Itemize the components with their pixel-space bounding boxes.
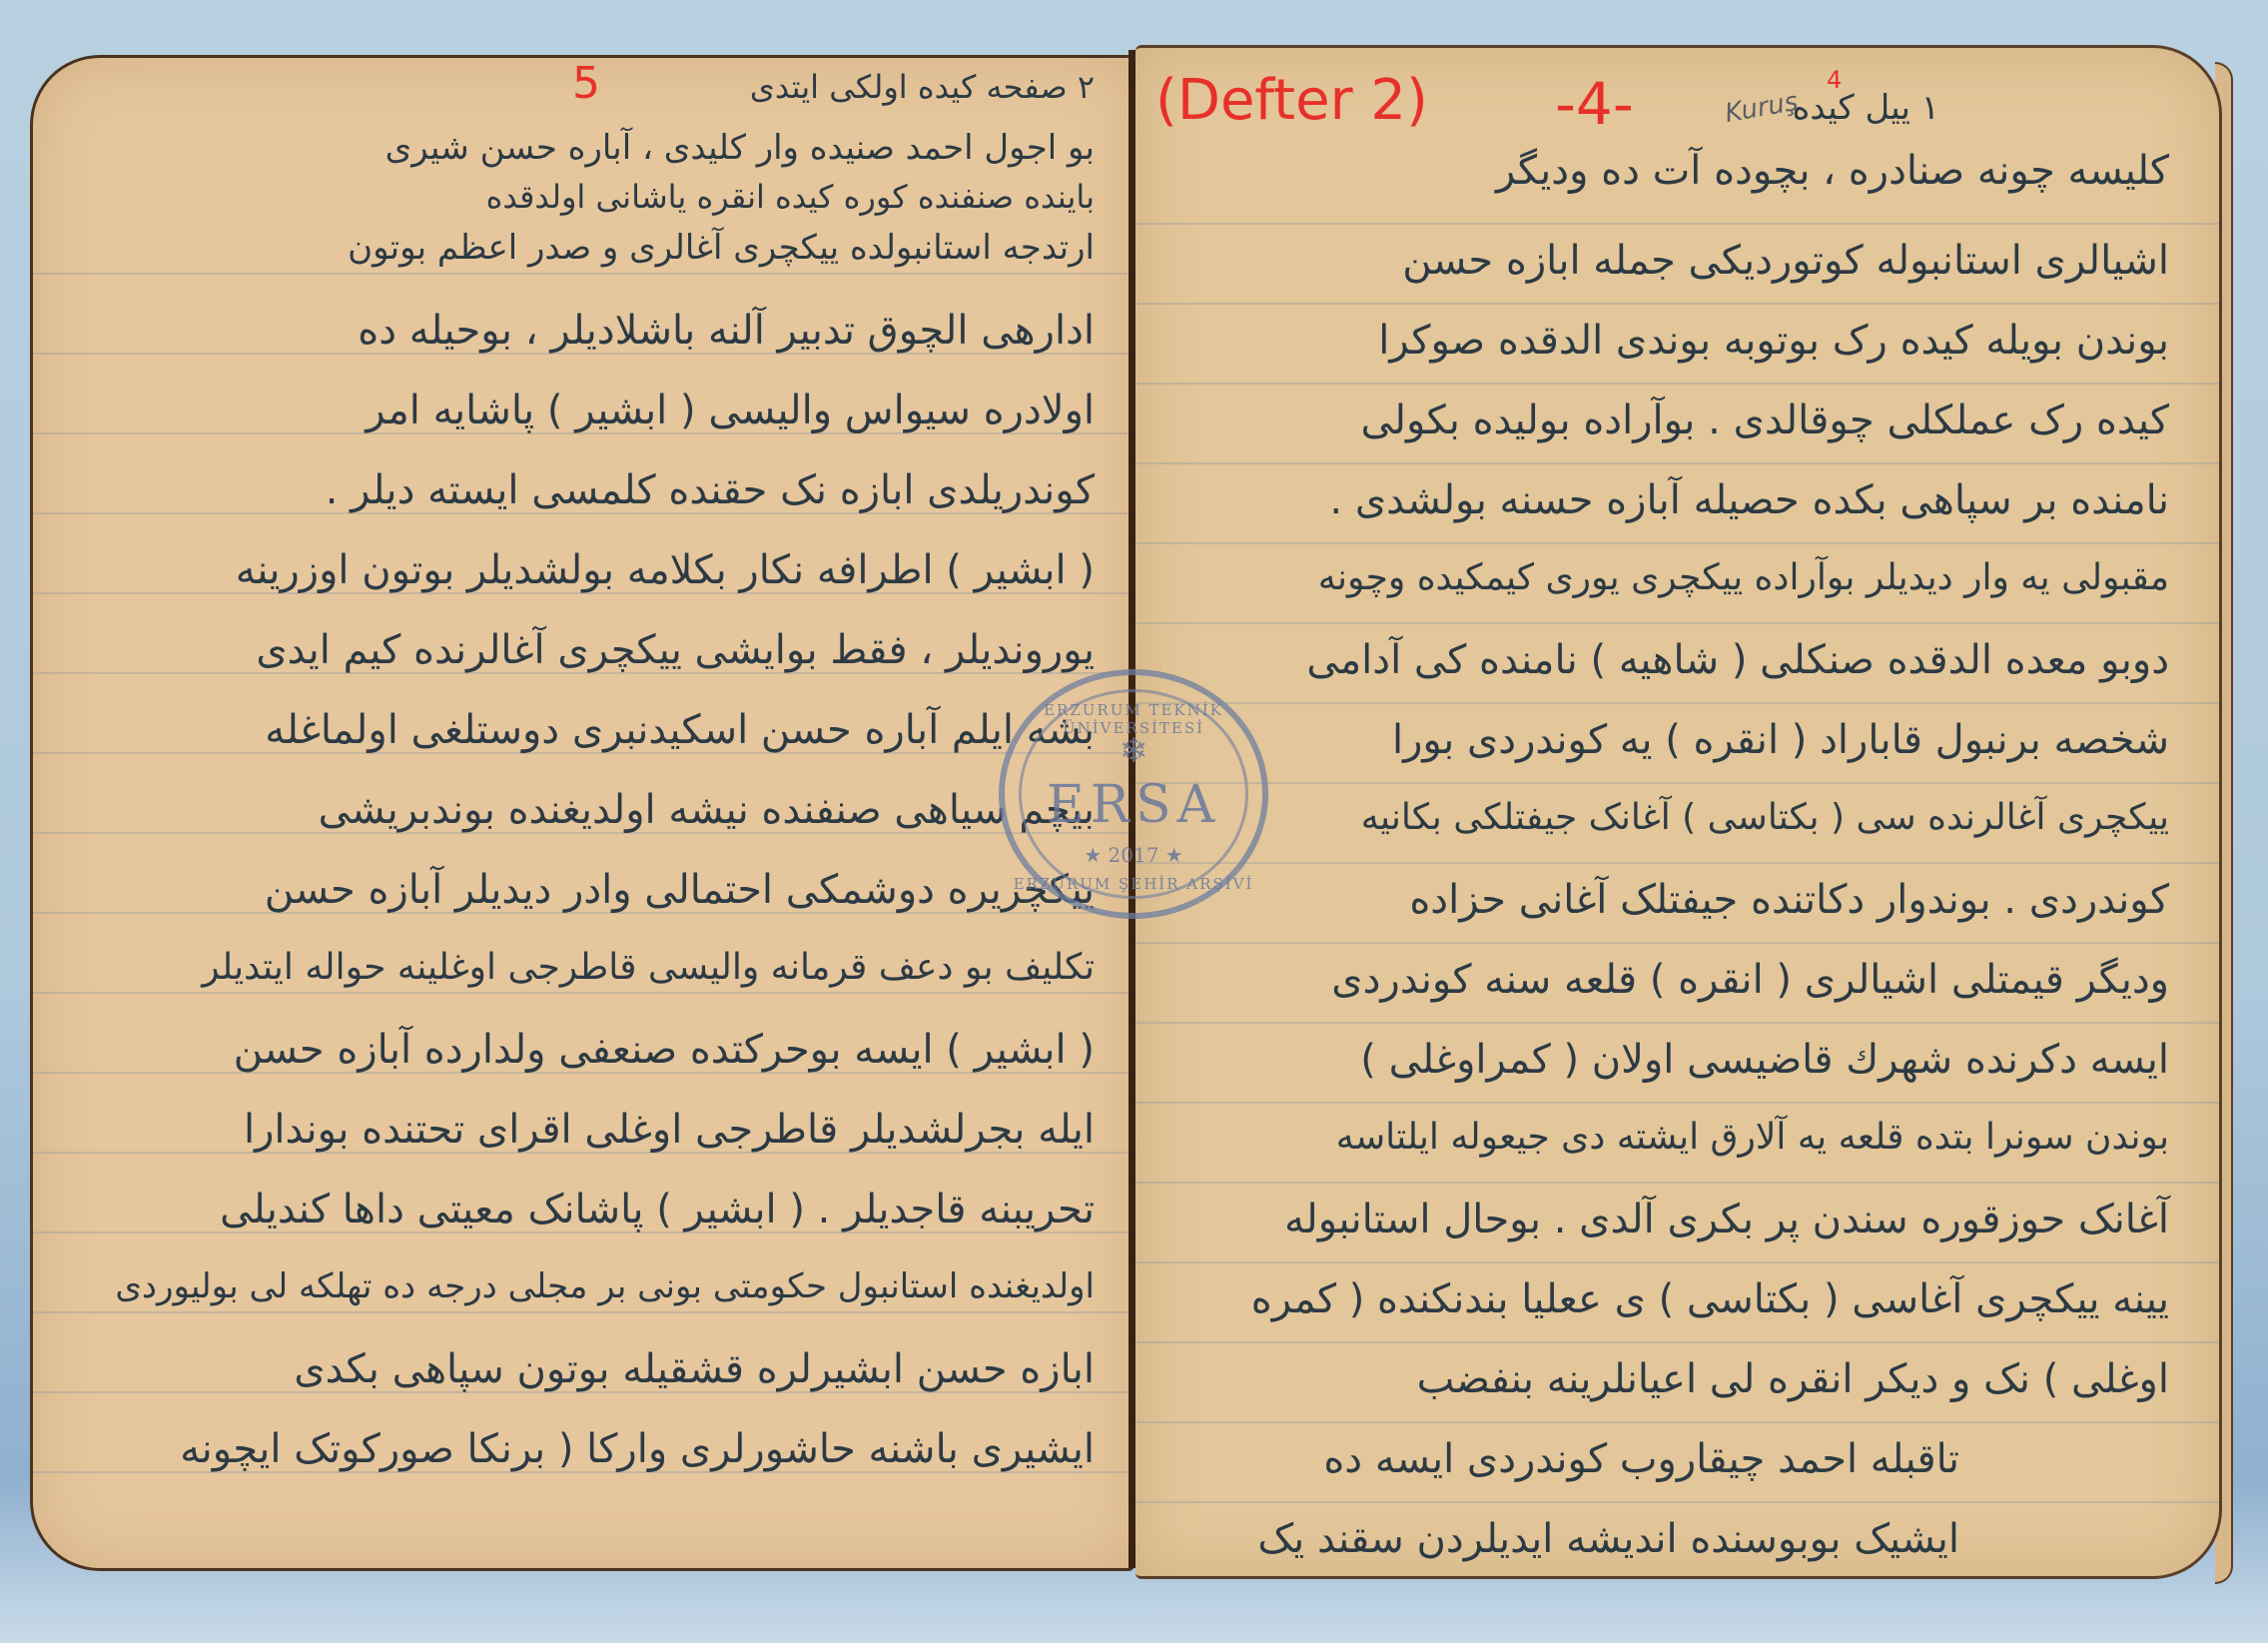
handwritten-line: نامنده بر سپاهی بکده حصیله آبازه حسنه بو…	[1329, 477, 2169, 523]
ruled-line	[1135, 1182, 2219, 1184]
handwritten-line: بشه ایلم آباره حسن اسکیدنبری دوستلغی اول…	[265, 707, 1095, 753]
ruled-line	[1135, 942, 2219, 944]
handwritten-line: اولادره سیواس والیسی ( ابشیر ) پاشایه ام…	[366, 388, 1095, 433]
left-page-number: 5	[572, 58, 600, 109]
handwritten-line: ایله بجرلشدیلر قاطرجی اوغلی اقرای تحتنده…	[244, 1107, 1095, 1153]
right-page-number: -4-	[1555, 70, 1634, 138]
stamp-bottom-text: ERZURUM ŞEHİR ARŞİVİ	[1005, 875, 1262, 893]
handwritten-line: مقبولی یه وار دیدیلر بوآراده ییکچری یوری…	[1318, 557, 2169, 598]
handwritten-line: تحریبنه قاجدیلر . ( ابشیر ) پاشانک معیتی…	[220, 1187, 1095, 1232]
ruled-line	[1135, 383, 2219, 385]
handwritten-line: اوغلی ) نک و دیکر انقره لی اعیانلرینه بن…	[1417, 1356, 2169, 1402]
ruled-line	[1135, 1421, 2219, 1423]
ruled-line	[1135, 462, 2219, 464]
ruled-line	[1135, 1341, 2219, 1343]
handwritten-line: باینده صنفنده کوره کیده انقره یاشانی اول…	[486, 178, 1095, 216]
handwritten-line: ۱ ییل کیده	[1793, 88, 1939, 128]
handwritten-line: یینه ییکچری آغاسی ( بکتاسی ) ی ععلیا بند…	[1251, 1276, 2169, 1322]
handwritten-line: بو اجول احمد صنیده وار کلیدی ، آباره حسن…	[385, 128, 1095, 168]
handwritten-line: کوندریلدی ابازه نک حقنده کلمسی ایسته دیل…	[326, 467, 1095, 513]
handwritten-line: اولدیغنده استانبول حکومتی بونی بر مجلی د…	[115, 1266, 1095, 1306]
handwritten-line: ایشیک بوبوسنده اندیشه ایدیلردن سقند یک	[1257, 1516, 1959, 1562]
ruled-line	[1135, 702, 2219, 704]
handwritten-line: ( ابشیر ) ایسه بوحرکتده صنعفی ولدارده آب…	[234, 1027, 1095, 1073]
right-page: (Defter 2) -4- Kuruş 4 ۱ ییل کیده کلیسه …	[1135, 45, 2222, 1579]
handwritten-line: کلیسه چونه صنادره ، بچوده آت ده ودیگر	[1496, 148, 2169, 194]
handwritten-line: ودیگر قیمتلی اشیالری ( انقره ) قلعه سنه …	[1331, 957, 2169, 1003]
handwritten-line: ایشیری باشنه حاشورلری وارکا ( برنکا صورک…	[180, 1426, 1095, 1472]
ruled-line	[33, 992, 1134, 994]
handwritten-line: ییکچریره دوشمکی احتمالی وادر دیدیلر آباز…	[265, 867, 1095, 913]
archive-stamp: ERZURUM TEKNİK ÜNİVERSİTESİ ❄ ERSA ★ 201…	[999, 669, 1268, 919]
snowflake-icon: ❄	[1005, 731, 1262, 771]
handwritten-line: شخصه برنبول قاباراد ( انقره ) یه کوندردی…	[1392, 717, 2169, 763]
handwritten-line: ایسه دکرنده شهرك قاضیسی اولان ( کمراوغلی…	[1360, 1037, 2169, 1083]
ruled-line	[1135, 223, 2219, 225]
stamp-name: ERSA	[1005, 775, 1262, 835]
ruled-line	[1135, 1261, 2219, 1263]
handwritten-line: اشیالری استانبوله کوتوردیکی جمله ابازه ح…	[1402, 238, 2169, 284]
notebook-label: (Defter 2)	[1155, 68, 1428, 133]
ruled-line	[1135, 303, 2219, 305]
handwritten-line: بیچم سیاهی صنفنده نیشه اولدیغنده بوندبری…	[319, 787, 1095, 833]
ruled-line	[1135, 542, 2219, 544]
ruled-line	[1135, 862, 2219, 864]
handwritten-line: ادارهی الچوق تدبیر آلنه باشلادیلر ، بوحی…	[358, 308, 1095, 354]
handwritten-line: ۲ صفحه کیده اولکی ایتدی	[750, 68, 1095, 106]
handwritten-line: بوندن سونرا بتده قلعه یه آلارق ایشته دی …	[1336, 1117, 2169, 1158]
stamp-year: ★ 2017 ★	[1005, 843, 1262, 867]
handwritten-line: دوبو معده الدقده صنکلی ( شاهیه ) نامنده …	[1306, 637, 2169, 683]
ruled-line	[33, 1311, 1134, 1313]
ruled-line	[33, 273, 1134, 275]
left-page: 5 ۲ صفحه کیده اولکی ایتدی بو اجول احمد ص…	[30, 55, 1134, 1571]
ruled-line	[1135, 1102, 2219, 1104]
handwritten-line: تکلیف بو دعف قرمانه والیسی قاطرجی اوغلین…	[202, 947, 1095, 988]
ruled-line	[1135, 622, 2219, 624]
handwritten-line: کیده رک عملکلی چوقالدی . بوآراده بولیده …	[1360, 398, 2169, 443]
handwritten-line: آغانک حوزقوره سندن پر بکری آلدی . بوحال …	[1284, 1197, 2169, 1242]
handwritten-line: یوروندیلر ، فقط بوایشی ییکچری آغالرنده ک…	[256, 627, 1095, 673]
pencil-note: Kuruş	[1723, 87, 1801, 129]
handwritten-line: تاقبله احمد چیقاروب کوندردی ایسه ده	[1323, 1436, 1959, 1482]
handwritten-line: ( ابشیر ) اطرافه نکار بکلامه بولشدیلر بو…	[236, 547, 1095, 593]
handwritten-line: ارتدجه استانبولده ییکچری آغالری و صدر اع…	[348, 228, 1095, 268]
handwritten-line: ابازه حسن ابشیرلره قشقیله بوتون سپاهی بک…	[294, 1346, 1095, 1392]
handwritten-line: کوندردی . بوندوار دکاتنده جیفتلک آغانی ح…	[1409, 877, 2169, 923]
handwritten-line: بوندن بویله کیده رک بوتوبه بوندی الدقده …	[1378, 318, 2169, 364]
ruled-line	[1135, 1022, 2219, 1024]
open-notebook: 5 ۲ صفحه کیده اولکی ایتدی بو اجول احمد ص…	[0, 0, 2268, 1643]
handwritten-line: ییکچری آغالرنده سی ( بکتاسی ) آغانک جیفت…	[1361, 797, 2169, 838]
ruled-line	[1135, 782, 2219, 784]
ruled-line	[1135, 1501, 2219, 1503]
